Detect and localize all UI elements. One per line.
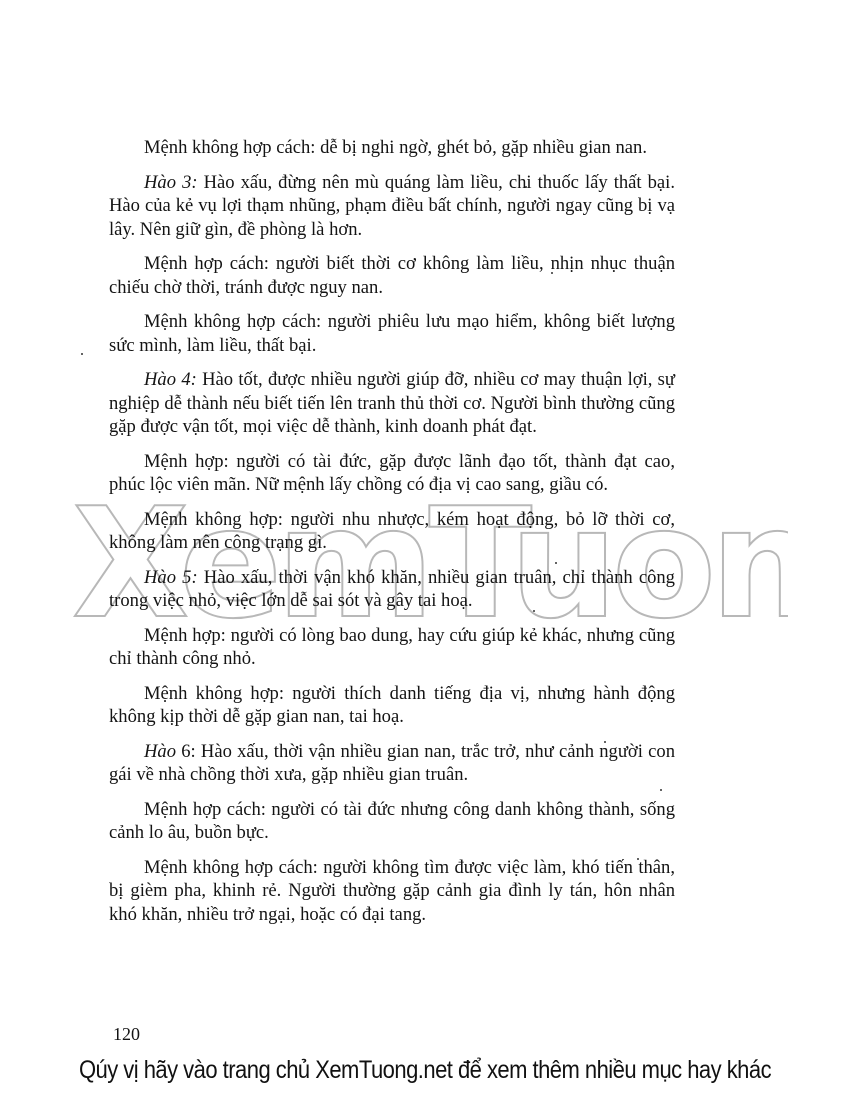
paragraph: Mệnh không hợp cách: người không tìm đượ… <box>109 856 675 927</box>
paragraph-hao-6: Hào 6: Hào xấu, thời vận nhiều gian nan,… <box>109 740 675 787</box>
scan-speck <box>660 789 662 791</box>
scan-speck <box>637 858 639 860</box>
paragraph: Mệnh hợp: người có lòng bao dung, hay cứ… <box>109 624 675 671</box>
paragraph-text: Mệnh không hợp: người nhu nhược, kém hoạ… <box>109 509 675 554</box>
paragraph: Mệnh không hợp: người thích danh tiếng đ… <box>109 682 675 729</box>
paragraph-label: Hào 4: <box>144 369 197 390</box>
paragraph-hao-4: Hào 4: Hào tốt, được nhiều người giúp đỡ… <box>109 368 675 439</box>
paragraph-text: Mệnh không hợp cách: dễ bị nghi ngờ, ghé… <box>144 137 647 158</box>
paragraph: Mệnh không hợp cách: người phiêu lưu mạo… <box>109 310 675 357</box>
paragraph-label: Hào 3: <box>144 172 198 193</box>
scan-speck <box>555 562 557 564</box>
footer-promo-text: Qúy vị hãy vào trang chủ XemTuong.net để… <box>51 1056 799 1085</box>
paragraph-text: Mệnh hợp: người có lòng bao dung, hay cứ… <box>109 625 675 670</box>
paragraph: Mệnh hợp cách: người biết thời cơ không … <box>109 252 675 299</box>
paragraph: Mệnh không hợp: người nhu nhược, kém hoạ… <box>109 508 675 555</box>
paragraph: Mệnh hợp cách: người có tài đức nhưng cô… <box>109 798 675 845</box>
scan-speck <box>81 353 83 355</box>
paragraph-text: Mệnh không hợp cách: người không tìm đượ… <box>109 857 675 925</box>
paragraph-label: Hào <box>144 741 176 762</box>
scan-speck <box>533 610 535 612</box>
paragraph: Mệnh không hợp cách: dễ bị nghi ngờ, ghé… <box>109 136 675 160</box>
paragraph-text: Mệnh hợp cách: người biết thời cơ không … <box>109 253 675 298</box>
document-page: XemTuong.net Mệnh không hợp cách: dễ bị … <box>0 0 850 1102</box>
body-text: Mệnh không hợp cách: dễ bị nghi ngờ, ghé… <box>109 136 675 937</box>
scan-speck <box>525 186 527 188</box>
paragraph-text: Mệnh không hợp cách: người phiêu lưu mạo… <box>109 311 675 356</box>
paragraph-hao-3: Hào 3: Hào xấu, đừng nên mù quáng làm li… <box>109 171 675 242</box>
scan-speck <box>604 741 606 743</box>
paragraph-hao-5: Hào 5: Hào xấu, thời vận khó khăn, nhiều… <box>109 566 675 613</box>
paragraph-text: Mệnh không hợp: người thích danh tiếng đ… <box>109 683 675 728</box>
scan-speck <box>551 272 553 274</box>
paragraph-text: Mệnh hợp: người có tài đức, gặp được lãn… <box>109 451 675 496</box>
paragraph: Mệnh hợp: người có tài đức, gặp được lãn… <box>109 450 675 497</box>
paragraph-text: 6: Hào xấu, thời vận nhiều gian nan, trắ… <box>109 741 675 786</box>
page-number: 120 <box>113 1024 140 1045</box>
paragraph-label: Hào 5: <box>144 567 198 588</box>
paragraph-text: Mệnh hợp cách: người có tài đức nhưng cô… <box>109 799 675 844</box>
